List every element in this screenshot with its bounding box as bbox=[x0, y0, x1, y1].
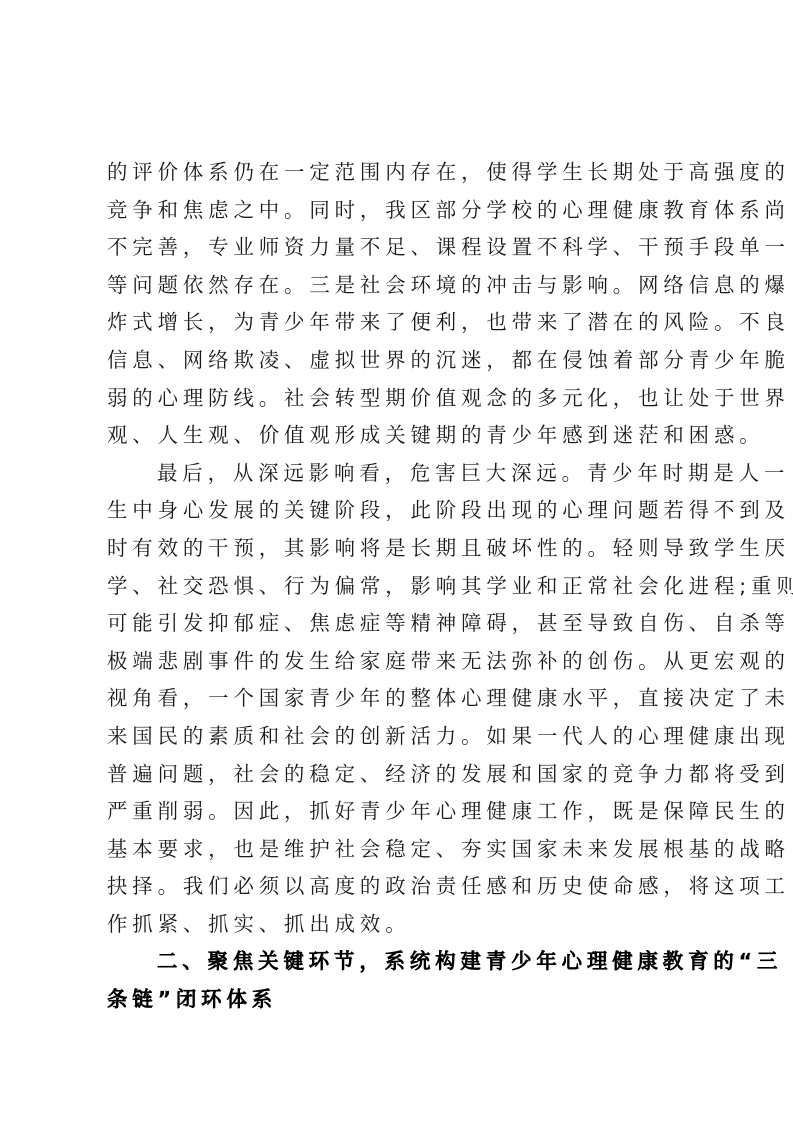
text-line: 最后，从深远影响看，危害巨大深远。青少年时期是人一 bbox=[107, 455, 691, 493]
text-line: 弱的心理防线。社会转型期价值观念的多元化，也让处于世界 bbox=[107, 380, 691, 418]
document-body: 的评价体系仍在一定范围内存在，使得学生长期处于高强度的 竞争和焦虑之中。同时，我… bbox=[107, 154, 691, 1019]
text-line: 等问题依然存在。三是社会环境的冲击与影响。网络信息的爆 bbox=[107, 267, 691, 305]
text-line: 时有效的干预，其影响将是长期且破坏性的。轻则导致学生厌 bbox=[107, 530, 691, 568]
text-line: 生中身心发展的关键阶段，此阶段出现的心理问题若得不到及 bbox=[107, 492, 691, 530]
heading-line: 二、聚焦关键环节，系统构建青少年心理健康教育的“三 bbox=[107, 943, 691, 981]
text-line: 信息、网络欺凌、虚拟世界的沉迷，都在侵蚀着部分青少年脆 bbox=[107, 342, 691, 380]
text-line: 基本要求，也是维护社会稳定、夯实国家未来发展根基的战略 bbox=[107, 831, 691, 869]
text-line: 抉择。我们必须以高度的政治责任感和历史使命感，将这项工 bbox=[107, 868, 691, 906]
text-line: 观、人生观、价值观形成关键期的青少年感到迷茫和困惑。 bbox=[107, 417, 691, 455]
text-line: 严重削弱。因此，抓好青少年心理健康工作，既是保障民生的 bbox=[107, 793, 691, 831]
heading-line: 条链”闭环体系 bbox=[107, 981, 691, 1019]
text-line: 视角看，一个国家青少年的整体心理健康水平，直接决定了未 bbox=[107, 680, 691, 718]
text-line: 竞争和焦虑之中。同时，我区部分学校的心理健康教育体系尚 bbox=[107, 192, 691, 230]
text-line: 来国民的素质和社会的创新活力。如果一代人的心理健康出现 bbox=[107, 718, 691, 756]
text-line: 可能引发抑郁症、焦虑症等精神障碍，甚至导致自伤、自杀等 bbox=[107, 605, 691, 643]
section-heading: 二、聚焦关键环节，系统构建青少年心理健康教育的“三 条链”闭环体系 bbox=[107, 943, 691, 1018]
text-line: 的评价体系仍在一定范围内存在，使得学生长期处于高强度的 bbox=[107, 154, 691, 192]
text-line: 炸式增长，为青少年带来了便利，也带来了潜在的风险。不良 bbox=[107, 304, 691, 342]
text-line: 作抓紧、抓实、抓出成效。 bbox=[107, 906, 691, 944]
text-line: 不完善，专业师资力量不足、课程设置不科学、干预手段单一 bbox=[107, 229, 691, 267]
text-line: 学、社交恐惧、行为偏常，影响其学业和正常社会化进程;重则 bbox=[107, 568, 691, 606]
text-line: 极端悲剧事件的发生给家庭带来无法弥补的创伤。从更宏观的 bbox=[107, 643, 691, 681]
document-page: 的评价体系仍在一定范围内存在，使得学生长期处于高强度的 竞争和焦虑之中。同时，我… bbox=[0, 0, 793, 1122]
text-line: 普遍问题，社会的稳定、经济的发展和国家的竞争力都将受到 bbox=[107, 756, 691, 794]
paragraph-impact: 最后，从深远影响看，危害巨大深远。青少年时期是人一 生中身心发展的关键阶段，此阶… bbox=[107, 455, 691, 944]
paragraph-continuation: 的评价体系仍在一定范围内存在，使得学生长期处于高强度的 竞争和焦虑之中。同时，我… bbox=[107, 154, 691, 455]
